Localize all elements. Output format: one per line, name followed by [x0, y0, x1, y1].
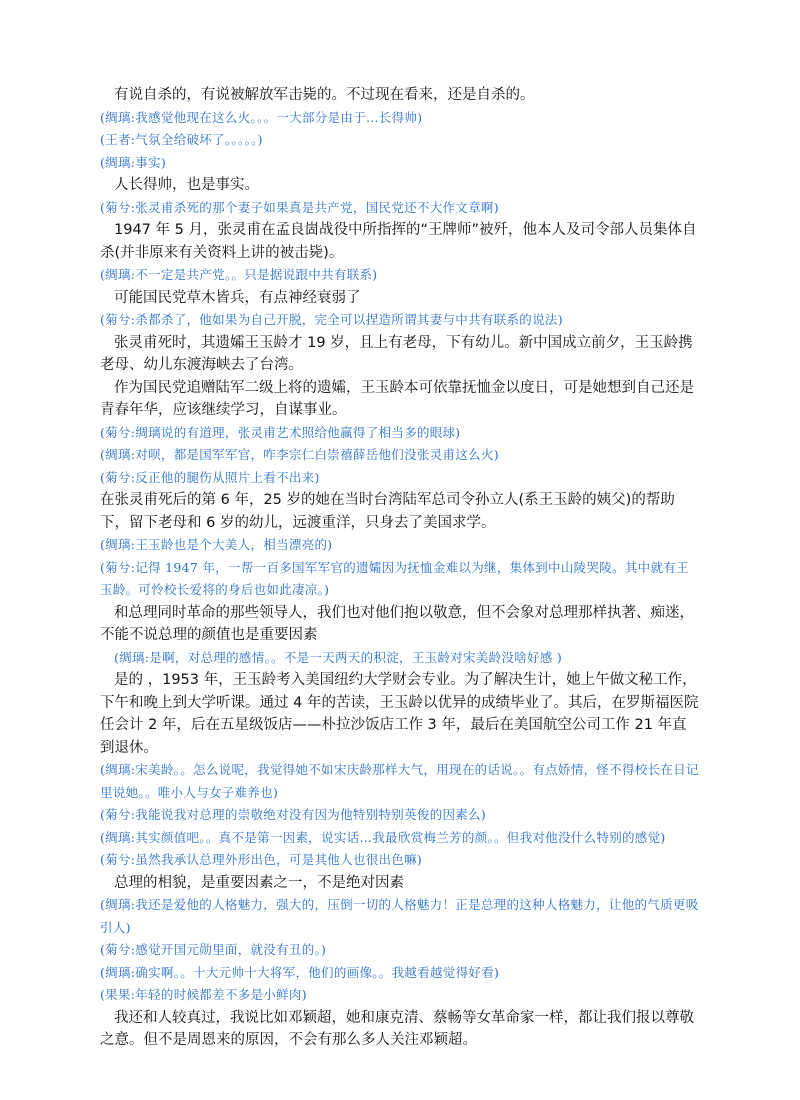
- comment-paragraph: (绸璃:对呗，都是国军军官，咋李宗仁白崇禧薛岳他们没张灵甫这么火): [100, 444, 700, 467]
- body-paragraph: 是的 ，1953 年，王玉龄考入美国纽约大学财会专业。为了解决生计，她上午做文秘…: [100, 669, 700, 759]
- comment-paragraph: (菊兮:张灵甫杀死的那个妻子如果真是共产党，国民党还不大作文章啊): [100, 197, 700, 220]
- comment-paragraph: (菊兮:绸璃说的有道理，张灵甫艺术照给他赢得了相当多的眼球): [100, 422, 700, 445]
- comment-paragraph: (王者:气氛全给破坏了。。。。。): [100, 129, 700, 152]
- comment-paragraph: (绸璃:不一定是共产党。。只是据说跟中共有联系): [100, 264, 700, 287]
- body-paragraph: 总理的相貌，是重要因素之一，不是绝对因素: [100, 872, 700, 895]
- comment-paragraph: (绸璃:事实): [100, 152, 700, 175]
- comment-paragraph: (绸璃:王玉龄也是个大美人，相当漂亮的): [100, 534, 700, 557]
- body-paragraph: 作为国民党追赠陆军二级上将的遗孀，王玉龄本可依靠抚恤金以度日，可是她想到自己还是…: [100, 377, 700, 422]
- body-paragraph: 人长得帅，也是事实。: [100, 174, 700, 197]
- comment-paragraph: (菊兮:记得 1947 年，一帮一百多国军军官的遗孀因为抚恤金难以为继，集体到中…: [100, 557, 700, 602]
- document-page: 有说自杀的，有说被解放军击毙的。不过现在看来，还是自杀的。(绸璃:我感觉他现在这…: [100, 84, 700, 1052]
- comment-paragraph: (菊兮:感觉开国元勋里面，就没有丑的。): [100, 939, 700, 962]
- comment-paragraph: (绸璃:我还是爱他的人格魅力，强大的，压倒一切的人格魅力！正是总理的这种人格魅力…: [100, 894, 700, 939]
- body-paragraph: 我还和人较真过，我说比如邓颖超，她和康克清、蔡畅等女革命家一样，都让我们报以尊敬…: [100, 1007, 700, 1052]
- comment-paragraph: (绸璃:我感觉他现在这么火。。。一大部分是由于…长得帅): [100, 107, 700, 130]
- body-paragraph: 1947 年 5 月，张灵甫在孟良崮战役中所指挥的“王牌师”被歼，他本人及司令部…: [100, 219, 700, 264]
- comment-paragraph: (绸璃:是啊，对总理的感情。。不是一天两天的积淀，王玉龄对宋美龄没啥好感 ): [100, 647, 700, 670]
- body-paragraph: 和总理同时革命的那些领导人，我们也对他们抱以敬意，但不会象对总理那样执著、痴迷，…: [100, 602, 700, 647]
- comment-paragraph: (菊兮:反正他的腿伤从照片上看不出来): [100, 467, 700, 490]
- comment-paragraph: (绸璃:宋美龄。。怎么说呢，我觉得她不如宋庆龄那样大气，用现在的话说。。有点娇情…: [100, 759, 700, 804]
- comment-paragraph: (菊兮:虽然我承认总理外形出色，可是其他人也很出色嘛): [100, 849, 700, 872]
- comment-paragraph: (菊兮:我能说我对总理的崇敬绝对没有因为他特别特别英俊的因素么): [100, 804, 700, 827]
- comment-paragraph: (果果:年轻的时候都差不多是小鲜肉): [100, 984, 700, 1007]
- body-paragraph: 在张灵甫死后的第 6 年，25 岁的她在当时台湾陆军总司令孙立人(系王玉龄的姨父…: [100, 489, 700, 534]
- body-paragraph: 张灵甫死时，其遗孀王玉龄才 19 岁，且上有老母，下有幼儿。新中国成立前夕，王玉…: [100, 332, 700, 377]
- comment-paragraph: (菊兮:杀都杀了，他如果为自己开脱，完全可以捏造所谓其妻与中共有联系的说法): [100, 309, 700, 332]
- comment-paragraph: (绸璃:确实啊。。十大元帅十大将军，他们的画像。。我越看越觉得好看): [100, 962, 700, 985]
- body-paragraph: 有说自杀的，有说被解放军击毙的。不过现在看来，还是自杀的。: [100, 84, 700, 107]
- body-paragraph: 可能国民党草木皆兵，有点神经衰弱了: [100, 287, 700, 310]
- comment-paragraph: (绸璃:其实颜值吧。。真不是第一因素，说实话…我最欣赏梅兰芳的颜。。但我对他没什…: [100, 827, 700, 850]
